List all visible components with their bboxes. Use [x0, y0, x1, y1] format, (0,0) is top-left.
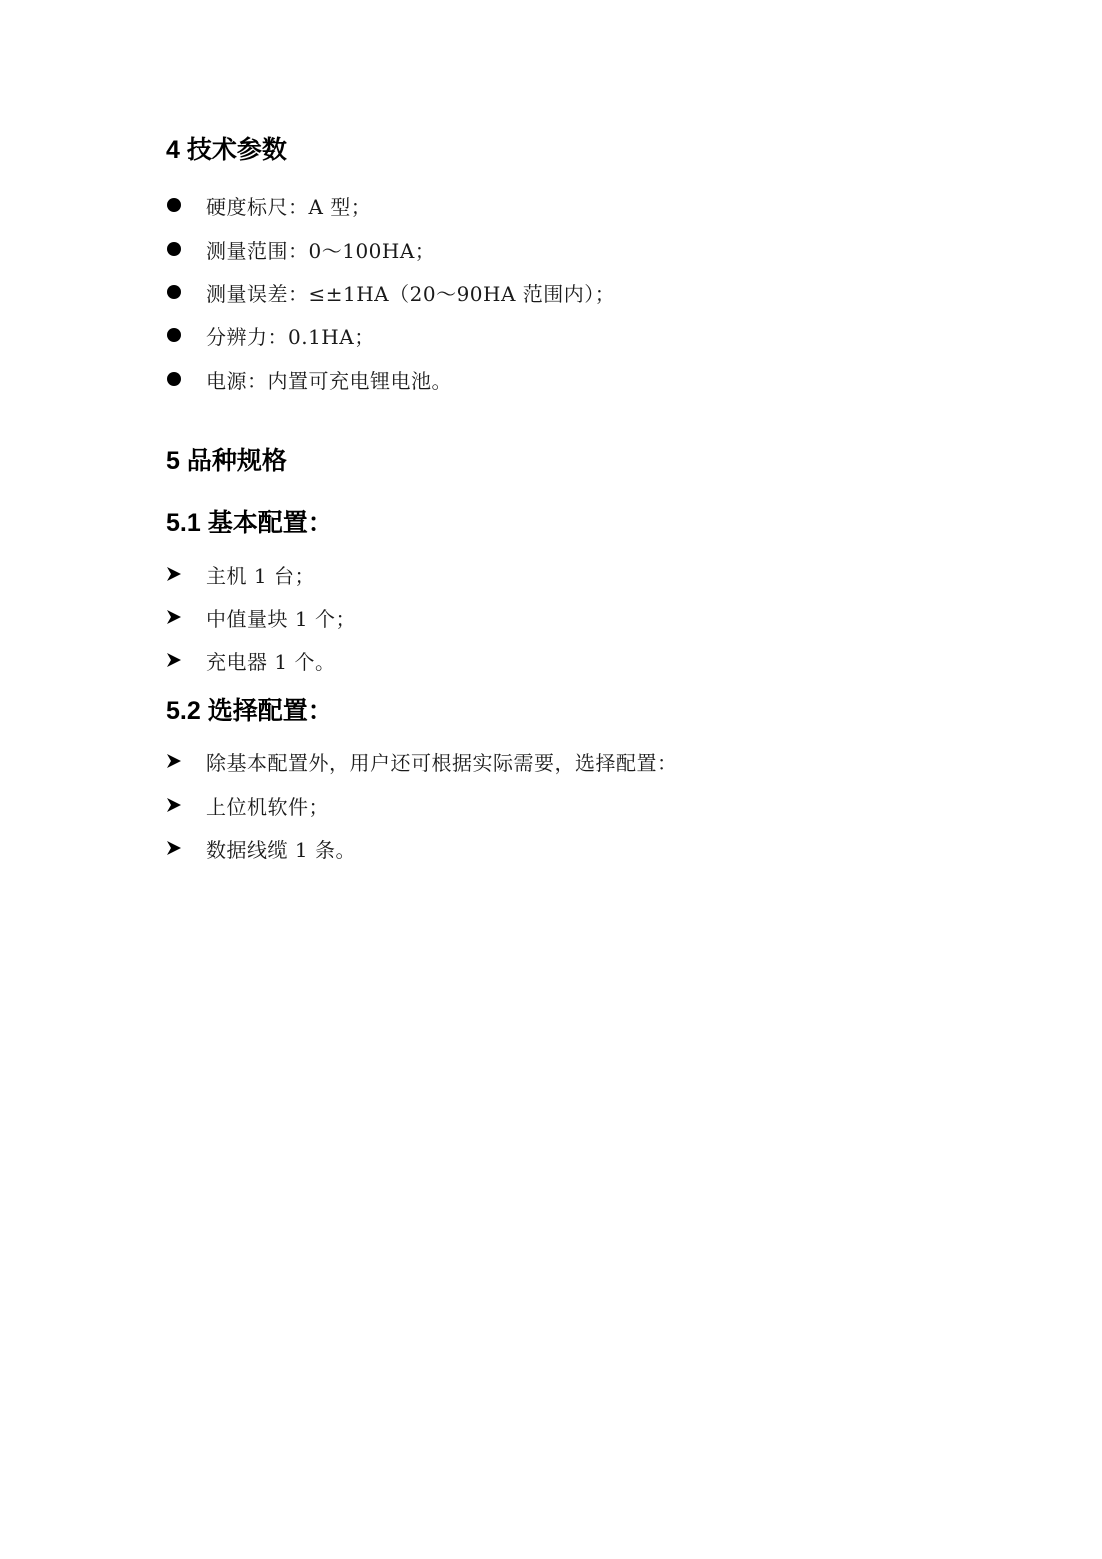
section-5-heading: 5 品种规格 — [166, 446, 287, 476]
list-item: 主机 1 台； — [166, 559, 315, 589]
list-item-text: 主机 1 台； — [206, 560, 315, 589]
list-item-text: 测量范围：0～100HA； — [206, 235, 435, 264]
list-item-text: 上位机软件； — [206, 791, 329, 820]
list-item: 测量误差：≤±1HA（20～90HA 范围内）； — [166, 277, 615, 307]
arrow-bullet-icon — [166, 609, 206, 625]
section-5-1-heading: 5.1 基本配置： — [166, 508, 333, 538]
arrow-bullet-icon — [166, 840, 206, 856]
list-item-text: 测量误差：≤±1HA（20～90HA 范围内）； — [206, 278, 615, 307]
arrow-bullet-icon — [166, 566, 206, 582]
bullet-dot-icon — [166, 242, 206, 256]
list-item: 电源：内置可充电锂电池。 — [166, 364, 452, 394]
list-item-text: 中值量块 1 个； — [206, 603, 356, 632]
bullet-dot-icon — [166, 285, 206, 299]
list-item-text: 数据线缆 1 条。 — [206, 834, 356, 863]
list-item: 除基本配置外，用户还可根据实际需要，选择配置： — [166, 746, 678, 776]
bullet-dot-icon — [166, 198, 206, 212]
list-item-text: 硬度标尺：A 型； — [206, 191, 371, 220]
arrow-bullet-icon — [166, 652, 206, 668]
list-item: 上位机软件； — [166, 790, 329, 820]
list-item-text: 分辨力：0.1HA； — [206, 321, 375, 350]
list-item-text: 充电器 1 个。 — [206, 646, 335, 675]
list-item: 测量范围：0～100HA； — [166, 234, 435, 264]
document-page: 4 技术参数 硬度标尺：A 型； 测量范围：0～100HA； 测量误差：≤±1H… — [0, 0, 1102, 1559]
list-item: 中值量块 1 个； — [166, 602, 356, 632]
bullet-dot-icon — [166, 372, 206, 386]
section-5-2-heading: 5.2 选择配置： — [166, 696, 333, 726]
arrow-bullet-icon — [166, 753, 206, 769]
list-item: 数据线缆 1 条。 — [166, 833, 356, 863]
list-item-text: 电源：内置可充电锂电池。 — [206, 365, 452, 394]
bullet-dot-icon — [166, 328, 206, 342]
list-item: 硬度标尺：A 型； — [166, 190, 371, 220]
arrow-bullet-icon — [166, 797, 206, 813]
list-item-text: 除基本配置外，用户还可根据实际需要，选择配置： — [206, 747, 678, 776]
section-4-heading: 4 技术参数 — [166, 135, 287, 165]
list-item: 充电器 1 个。 — [166, 645, 335, 675]
list-item: 分辨力：0.1HA； — [166, 320, 375, 350]
